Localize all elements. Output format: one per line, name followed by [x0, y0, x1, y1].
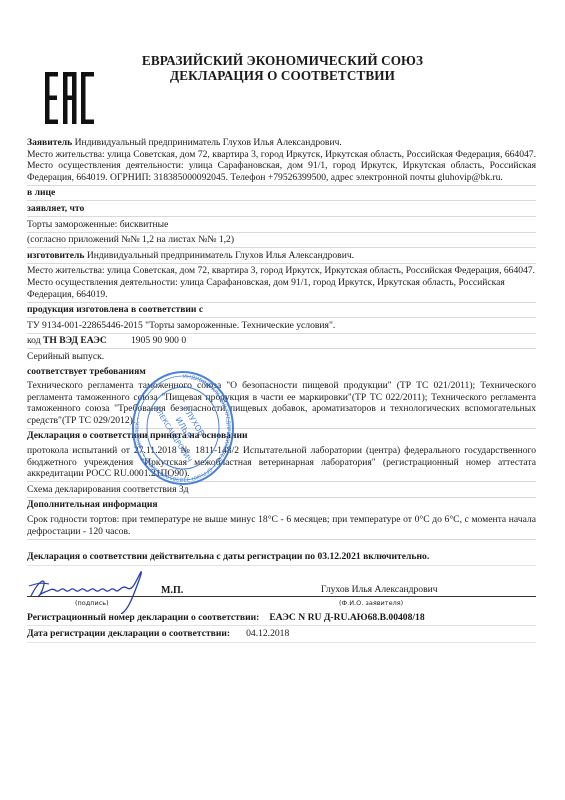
manufacturer-label: изготовитель — [27, 250, 84, 261]
applicant-details: Место жительства: улица Советская, дом 7… — [27, 149, 536, 183]
produced-per-value: ТУ 9134-001-22865446-2015 "Торты заморож… — [27, 320, 536, 334]
validity-statement: Декларация о соответствии действительна … — [27, 551, 536, 566]
basis-value: протокола испытаний от 27.11.2018 № 1811… — [27, 445, 536, 482]
requirements-value: Технического регламента таможенного союз… — [27, 380, 536, 429]
tn-ved-value: 1905 90 900 0 — [131, 335, 186, 347]
signature-line — [27, 596, 536, 597]
manufacturer-details: Место жительства: улица Советская, дом 7… — [27, 265, 536, 302]
requirements-label: соответствует требованиям — [27, 366, 536, 379]
declaration-body: Заявитель Индивидуальный предприниматель… — [27, 137, 536, 643]
tn-ved-label: код ТН ВЭД ЕАЭС — [27, 335, 131, 347]
declaration-scheme: Схема декларирования соответствия 3д — [27, 484, 536, 498]
signature-area: М.П. Глухов Илья Александрович (подпись)… — [27, 566, 536, 610]
release-type: Серийный выпуск. — [27, 351, 536, 364]
additional-info-label: Дополнительная информация — [27, 499, 536, 512]
signer-name: Глухов Илья Александрович — [321, 584, 438, 596]
title-line-declaration: ДЕКЛАРАЦИЯ О СООТВЕТСТВИИ — [110, 68, 455, 83]
registration-number-value: ЕАЭС N RU Д-RU.АЮ68.В.00408/18 — [269, 612, 424, 624]
tn-ved-row: код ТН ВЭД ЕАЭС 1905 90 900 0 — [27, 335, 536, 349]
seal-placeholder-label: М.П. — [161, 585, 183, 597]
basis-label: Декларация о соответствии принята на осн… — [27, 430, 536, 443]
represented-by-label: в лице — [27, 187, 536, 201]
applicant-section: Заявитель Индивидуальный предприниматель… — [27, 137, 536, 186]
eac-logo-icon — [45, 72, 95, 124]
manufacturer-name: Индивидуальный предприниматель Глухов Ил… — [87, 250, 354, 261]
manufacturer-section: изготовитель Индивидуальный предпринимат… — [27, 250, 536, 264]
produced-per-label: продукция изготовлена в соответствии с — [27, 304, 536, 318]
signature-caption: (подпись) — [75, 598, 109, 610]
applicant-name: Индивидуальный предприниматель Глухов Ил… — [75, 137, 342, 148]
tn-ved-prefix: код — [27, 335, 41, 346]
official-stamp-icon: ИНДИВИДУАЛЬНЫЙ ПРЕДПРИНИМАТЕЛЬ • ОГРНИП … — [131, 368, 235, 486]
name-caption: (Ф.И.О. заявителя) — [339, 598, 403, 610]
applicant-label: Заявитель — [27, 137, 72, 148]
registration-number-text: ЕАЭС N RU Д-RU.АЮ68.В.00408/18 — [269, 612, 424, 623]
registration-date-label: Дата регистрации декларации о соответств… — [27, 628, 230, 640]
document-title: ЕВРАЗИЙСКИЙ ЭКОНОМИЧЕСКИЙ СОЮЗ ДЕКЛАРАЦИ… — [110, 53, 455, 83]
additional-info-value: Срок годности тортов: при температуре не… — [27, 514, 536, 540]
declares-label: заявляет, что — [27, 203, 536, 217]
tn-ved-code-name: ТН ВЭД ЕАЭС — [43, 335, 107, 346]
title-line-union: ЕВРАЗИЙСКИЙ ЭКОНОМИЧЕСКИЙ СОЮЗ — [110, 53, 455, 68]
product-annex: (согласно приложений №№ 1,2 на листах №№… — [27, 234, 536, 248]
product-name: Торты замороженные: бисквитные — [27, 219, 536, 233]
registration-date-row: Дата регистрации декларации о соответств… — [27, 626, 536, 643]
registration-date-value: 04.12.2018 — [246, 628, 289, 640]
